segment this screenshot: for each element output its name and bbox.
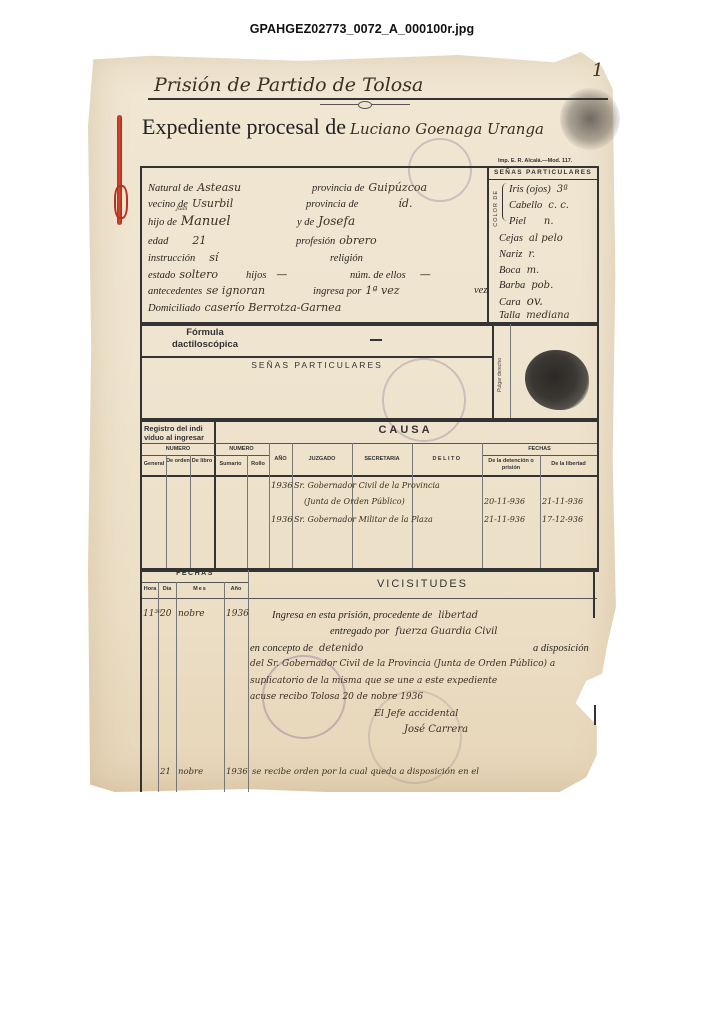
vic-entry-1-mes: nobre — [178, 609, 205, 619]
rule — [247, 455, 248, 568]
sena-talla: Tallamediana — [499, 309, 570, 321]
rule — [142, 475, 597, 477]
vic-concepto: en concepto dedetenido — [250, 642, 363, 654]
th-de-libro: De libro — [190, 458, 214, 465]
causa-row-3-juzgado: Sr. Gobernador Militar de la Plaza — [294, 515, 433, 524]
field-provincia-1: provincia deGuipúzcoa — [312, 181, 427, 194]
causa-row-1-ano: 1936 — [271, 481, 293, 491]
field-ingresa-por: ingresa por1ª vez — [313, 284, 400, 297]
vic-fechas-header: FECHAS — [142, 570, 248, 582]
th-secretaria: SECRETARIA — [352, 456, 412, 463]
field-vez: vez — [474, 284, 487, 296]
field-num-ellos: núm. de ellos— — [350, 268, 431, 281]
ornament-divider — [320, 104, 410, 105]
rule — [482, 443, 483, 568]
th-juzgado: JUZGADO — [292, 456, 352, 463]
th-mes: Mes — [176, 586, 224, 593]
sena-boca: Bocam. — [499, 264, 539, 276]
rule — [412, 443, 413, 568]
sena-nariz: Narizr. — [499, 248, 535, 260]
field-edad: edad21 — [148, 234, 206, 247]
senas-particulares-panel: SEÑAS PARTICULARES COLOR DE Iris (ojos)3… — [487, 166, 597, 322]
field-instruccion: instrucciónsí — [148, 251, 218, 264]
senas-header: SEÑAS PARTICULARES — [489, 166, 597, 180]
vicisitudes-title: VICISITUDES — [248, 578, 597, 590]
document-title: Expediente procesal deLuciano Goenaga Ur… — [142, 114, 544, 140]
formula-dash — [370, 339, 382, 341]
right-border-fragment — [594, 705, 596, 725]
th-libertad: De la libertad — [540, 461, 597, 468]
vic-entry-1-hora: 11³⁰ — [143, 609, 162, 619]
sena-iris: Iris (ojos)3ª — [509, 183, 568, 195]
field-hijos: hijos— — [246, 268, 287, 281]
causa-row-1-juzgado: Sr. Gobernador Civil de la Provincia — [294, 481, 440, 490]
thumb-label-column: Pulgar derecho — [492, 324, 511, 420]
formula-row: Fórmuladactiloscópica — [142, 324, 492, 358]
vic-signature: José Carrera — [404, 724, 468, 735]
vic-entry-1-ano: 1936 — [226, 609, 249, 619]
senas-particulares-header-2: SEÑAS PARTICULARES — [142, 360, 492, 370]
vicisitudes-section: FECHAS Hora Día Mes Año VICISITUDES 11³⁰… — [140, 568, 597, 792]
vic-entry-1-dia: 20 — [160, 609, 171, 619]
rule — [166, 455, 167, 568]
vic-line-4: del Sr. Gobernador Civil de la Provincia… — [250, 659, 555, 669]
th-numero-1: NUMERO — [142, 446, 214, 453]
th-fechas: FECHAS — [482, 446, 597, 453]
vic-entry-2-dia: 21 — [160, 767, 171, 777]
red-string-binding — [117, 115, 122, 225]
imprint: Imp. E. R. Alcalá.—Mod. 117. — [498, 158, 572, 164]
rule — [540, 455, 541, 568]
file-name: GPAHGEZ02773_0072_A_000100r.jpg — [0, 22, 724, 36]
rule — [224, 582, 225, 792]
vic-entry-2-text: se recibe orden por la cual queda a disp… — [252, 767, 479, 777]
sena-cabello: Cabelloc. c. — [509, 199, 569, 211]
th-rollo: Rollo — [247, 461, 269, 468]
th-hora: Hora — [142, 586, 158, 593]
vic-entry-2-ano: 1936 — [226, 767, 248, 777]
page-number: 1 — [592, 60, 603, 81]
thumb-label: Pulgar derecho — [497, 358, 503, 392]
sena-cejas: Cejasal pelo — [499, 232, 563, 244]
prison-name: Prisión de Partido de Tolosa — [154, 74, 423, 96]
th-ano-vic: Año — [224, 586, 248, 593]
sena-piel: Pieln. — [509, 215, 554, 227]
field-domiciliado: Domiciliadocaserío Berrotza-Garnea — [148, 301, 341, 314]
th-ano: AÑO — [269, 456, 292, 463]
rule — [142, 455, 214, 456]
sena-cara: Caraov. — [499, 294, 543, 308]
field-vecino-de: vecino deUsurbil — [148, 197, 233, 210]
vic-line-5: suplicatorio de la misma que se une a es… — [250, 676, 497, 686]
causa-row-3-ano: 1936 — [271, 515, 293, 525]
causa-row-3-detencion: 21-11-936 — [484, 515, 525, 524]
field-hijo-de-note: Juan — [176, 206, 187, 212]
th-numero-2: NUMERO — [214, 446, 269, 453]
causa-title: CAUSA — [214, 424, 597, 436]
sena-barba: Barbapob. — [499, 279, 553, 291]
vic-signature-title: El Jefe accidental — [374, 708, 458, 719]
rule — [190, 455, 191, 568]
field-antecedentes: antecedentesse ignoran — [148, 284, 265, 297]
field-y-de: y deJosefa — [297, 214, 355, 228]
th-general: General — [142, 461, 166, 468]
th-detencion: De la detención o prisión — [482, 458, 540, 472]
formula-label: Fórmuladactiloscópica — [172, 327, 238, 351]
rule — [292, 443, 293, 568]
registro-title: Registro del individuo al ingresar — [144, 424, 204, 442]
rule — [214, 455, 269, 456]
brace-icon — [502, 183, 507, 221]
field-natural-de: Natural deAsteasu — [148, 181, 241, 194]
vic-line-6: acuse recibo Tolosa 20 de nobre 1936 — [250, 692, 423, 702]
vic-ingresa: Ingresa en esta prisión, procedente deli… — [272, 609, 478, 621]
field-provincia-2: provincia deíd. — [306, 197, 412, 210]
color-de-label: COLOR DE — [493, 190, 499, 227]
causa-row-2-juzgado: (Junta de Orden Público) — [304, 497, 405, 506]
title-label: Expediente procesal de — [142, 114, 346, 139]
th-de-orden: De orden — [166, 458, 190, 465]
th-delito: DELITO — [412, 456, 482, 463]
causa-row-1-detencion: 20-11-936 — [484, 497, 525, 506]
field-profesion: profesiónobrero — [296, 234, 377, 247]
causa-row-3-libertad: 17-12-936 — [542, 515, 583, 524]
field-religion: religión — [330, 251, 367, 264]
rule — [142, 443, 597, 444]
field-estado: estadosoltero — [148, 268, 218, 281]
rule — [176, 582, 177, 792]
right-thumbprint — [525, 350, 589, 410]
causa-section: Registro del individuo al ingresar CAUSA… — [140, 418, 599, 572]
rule — [269, 443, 270, 568]
vic-entregado: entregado porfuerza Guardia Civil — [330, 625, 497, 637]
right-border-fragment — [593, 568, 595, 618]
prison-header: Prisión de Partido de Tolosa — [148, 74, 608, 100]
person-name: Luciano Goenaga Uranga — [350, 120, 544, 138]
th-dia: Día — [158, 586, 176, 593]
vic-entry-2-mes: nobre — [178, 767, 203, 777]
rule — [142, 598, 597, 599]
rule — [248, 570, 249, 792]
th-sumario: Sumario — [214, 461, 247, 468]
causa-row-1-libertad: 21-11-936 — [542, 497, 583, 506]
dactiloscopic-section: Fórmuladactiloscópica SEÑAS PARTICULARES… — [140, 322, 599, 422]
field-hijo-de: hijo deManuel — [148, 214, 231, 229]
vic-disposicion: a disposición — [533, 642, 589, 654]
